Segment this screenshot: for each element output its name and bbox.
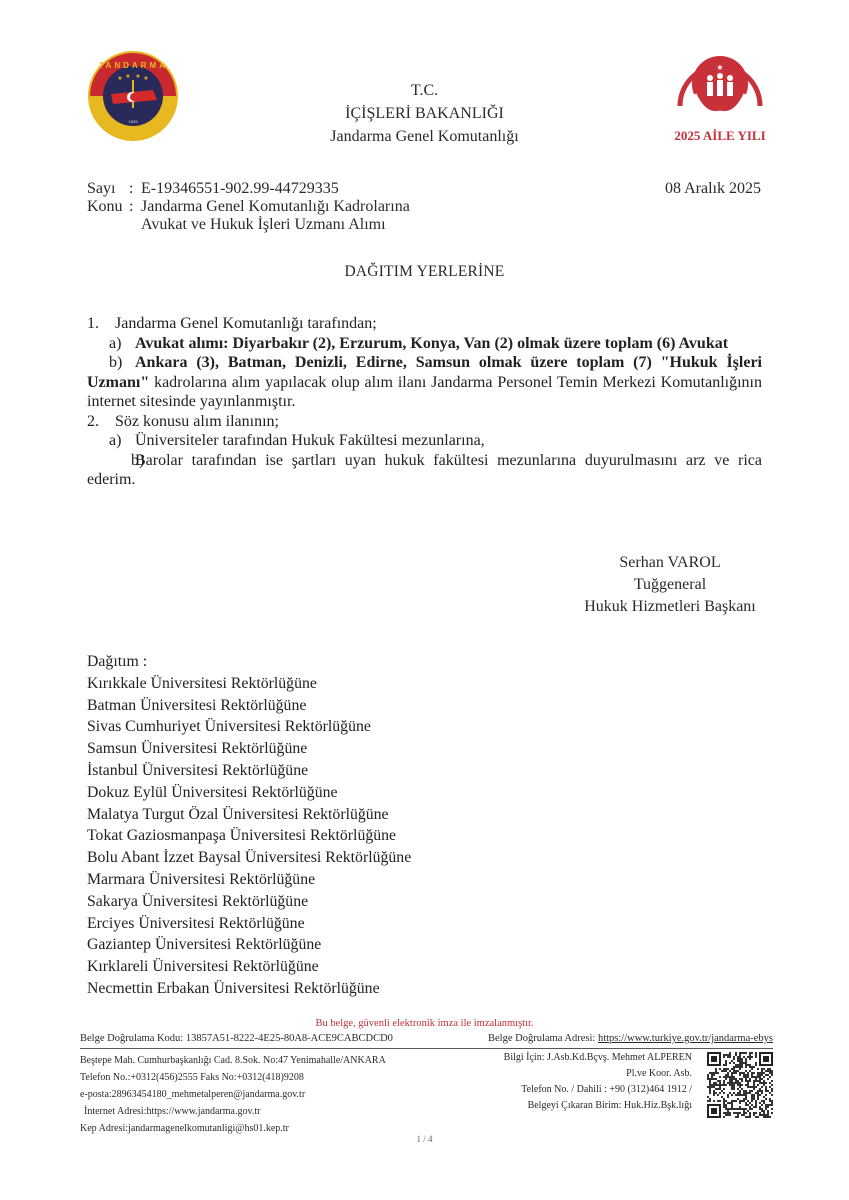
header-command: Jandarma Genel Komutanlığı (0, 126, 849, 147)
qr-code-icon (707, 1052, 773, 1118)
sayi-value: E-19346551-902.99-44729335 (141, 180, 339, 198)
footer-info: Bilgi İçin: J.Asb.Kd.Bçvş. Mehmet ALPERE… (470, 1050, 692, 1114)
svg-text:★: ★ (135, 73, 140, 80)
paragraph-2b: b)Barolar tarafından ise şartları uyan h… (87, 451, 762, 490)
paragraph-1a: a)Avukat alımı: Diyarbakır (2), Erzurum,… (87, 334, 762, 354)
list-item: Malatya Turgut Özal Üniversitesi Rektörl… (87, 804, 411, 826)
list-item: Bolu Abant İzzet Baysal Üniversitesi Rek… (87, 847, 411, 869)
list-item: Dokuz Eylül Üniversitesi Rektörlüğüne (87, 782, 411, 804)
distribution-label: Dağıtım : (87, 651, 411, 673)
distribution-list: Dağıtım : Kırıkkale Üniversitesi Rektörl… (87, 651, 411, 1000)
footer-email: e-posta:28963454180_mehmetalperen@jandar… (80, 1086, 386, 1103)
info-issuing-unit: Belgeyi Çıkaran Birim: Huk.Hiz.Bşk.lığı (470, 1098, 692, 1114)
konu-label: Konu (87, 198, 129, 216)
konu-value-line1: Jandarma Genel Komutanlığı Kadrolarına (141, 198, 410, 216)
list-item: Marmara Üniversitesi Rektörlüğüne (87, 869, 411, 891)
verification-row: Belge Doğrulama Kodu: 13857A51-8222-4E25… (80, 1033, 773, 1049)
list-item: Erciyes Üniversitesi Rektörlüğüne (87, 913, 411, 935)
sayi-label: Sayı (87, 180, 129, 198)
list-item: Sivas Cumhuriyet Üniversitesi Rektörlüğü… (87, 716, 411, 738)
info-department: Pl.ve Koor. Asb. (470, 1066, 692, 1082)
svg-text:★: ★ (716, 63, 723, 72)
signature-block: Serhan VAROL Tuğgeneral Hukuk Hizmetleri… (560, 552, 780, 618)
footer-phone-fax: Telefon No.:+0312(456)2555 Faks No:+0312… (80, 1069, 386, 1086)
paragraph-1b: b)Ankara (3), Batman, Denizli, Edirne, S… (87, 353, 762, 412)
list-item: Batman Üniversitesi Rektörlüğüne (87, 695, 411, 717)
document-meta: Sayı:E-19346551-902.99-44729335 Konu:Jan… (87, 180, 410, 234)
svg-text:JANDARMA: JANDARMA (98, 61, 168, 70)
info-phone: Telefon No. / Dahili : +90 (312)464 1912… (470, 1082, 692, 1098)
verification-link[interactable]: https://www.turkiye.gov.tr/jandarma-ebys (598, 1033, 773, 1044)
esign-notice: Bu belge, güvenli elektronik imza ile im… (0, 1018, 849, 1029)
list-item: İstanbul Üniversitesi Rektörlüğüne (87, 760, 411, 782)
list-item: Tokat Gaziosmanpaşa Üniversitesi Rektörl… (87, 825, 411, 847)
list-item: Samsun Üniversitesi Rektörlüğüne (87, 738, 411, 760)
footer-contact: Beştepe Mah. Cumhurbaşkanlığı Cad. 8.Sok… (80, 1052, 386, 1137)
header-tc: T.C. (0, 80, 849, 101)
list-item: Sakarya Üniversitesi Rektörlüğüne (87, 891, 411, 913)
signatory-title: Hukuk Hizmetleri Başkanı (560, 596, 780, 618)
svg-text:★: ★ (125, 73, 130, 80)
signatory-rank: Tuğgeneral (560, 574, 780, 596)
header-ministry: İÇİŞLERİ BAKANLIĞI (0, 103, 849, 124)
signatory-name: Serhan VAROL (560, 552, 780, 574)
document-date: 08 Aralık 2025 (665, 180, 761, 198)
footer-address: Beştepe Mah. Cumhurbaşkanlığı Cad. 8.Sok… (80, 1052, 386, 1069)
verification-address: Belge Doğrulama Adresi: https://www.turk… (488, 1033, 773, 1048)
document-body: 1.Jandarma Genel Komutanlığı tarafından;… (87, 314, 762, 490)
info-contact-person: Bilgi İçin: J.Asb.Kd.Bçvş. Mehmet ALPERE… (470, 1050, 692, 1066)
list-item: Kırıkkale Üniversitesi Rektörlüğüne (87, 673, 411, 695)
paragraph-1: 1.Jandarma Genel Komutanlığı tarafından; (87, 314, 762, 334)
footer-internet: İnternet Adresi:https://www.jandarma.gov… (80, 1103, 386, 1120)
page-number: 1 / 4 (0, 1134, 849, 1144)
list-item: Necmettin Erbakan Üniversitesi Rektörlüğ… (87, 978, 411, 1000)
paragraph-2: 2.Söz konusu alım ilanının; (87, 412, 762, 432)
konu-value-line2: Avukat ve Hukuk İşleri Uzmanı Alımı (141, 216, 386, 234)
paragraph-2a: a)Üniversiteler tarafından Hukuk Fakülte… (87, 431, 762, 451)
distribution-title: DAĞITIM YERLERİNE (0, 263, 849, 281)
list-item: Gaziantep Üniversitesi Rektörlüğüne (87, 934, 411, 956)
verification-code: Belge Doğrulama Kodu: 13857A51-8222-4E25… (80, 1033, 393, 1048)
list-item: Kırklareli Üniversitesi Rektörlüğüne (87, 956, 411, 978)
